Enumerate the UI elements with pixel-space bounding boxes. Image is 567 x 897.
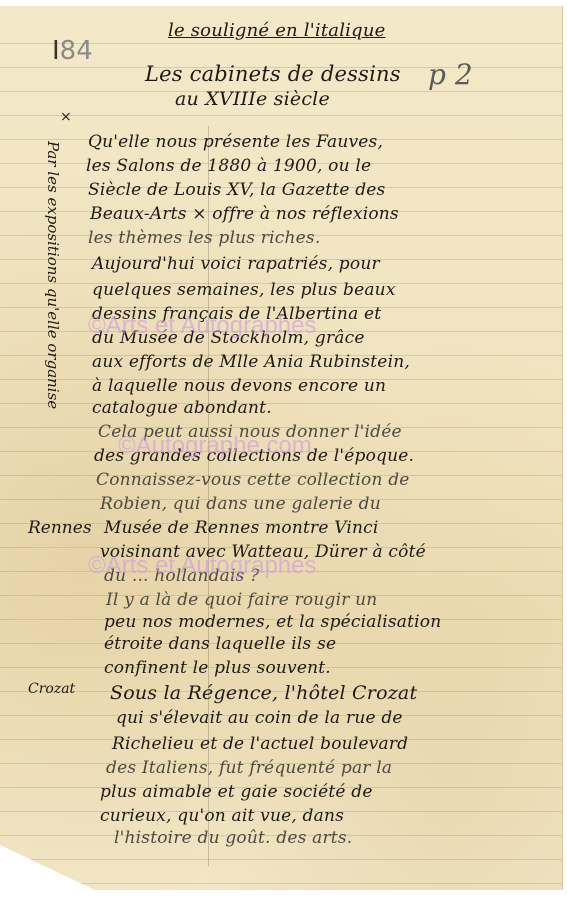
body-line: les Salons de 1880 à 1900, ou le bbox=[86, 156, 371, 176]
margin-note-vertical: Par les expositions qu'elle organise bbox=[44, 141, 62, 409]
body-line: Sous la Régence, l'hôtel Crozat bbox=[110, 682, 417, 704]
insertion-cross-icon: × bbox=[60, 109, 72, 125]
body-line: curieux, qu'on ait vue, dans bbox=[100, 806, 344, 826]
body-line: Richelieu et de l'actuel boulevard bbox=[112, 734, 408, 754]
reference-ink: I bbox=[52, 36, 60, 66]
margin-note-crozat: Crozat bbox=[28, 681, 75, 697]
body-line: Musée de Rennes montre Vinci bbox=[104, 518, 379, 538]
reference-mark: I84 bbox=[52, 36, 93, 66]
torn-corner bbox=[0, 845, 95, 890]
body-line: peu nos modernes, et la spécialisation bbox=[104, 612, 441, 632]
body-line: confinent le plus souvent. bbox=[104, 658, 331, 678]
body-line: Qu'elle nous présente les Fauves, bbox=[88, 132, 383, 152]
body-line: l'histoire du goût. des arts. bbox=[114, 828, 352, 848]
margin-note-rennes: Rennes bbox=[28, 518, 92, 538]
title-line-2: au XVIIIe siècle bbox=[175, 88, 330, 110]
watermark: ©Autographe.com bbox=[118, 432, 312, 460]
body-line: Aujourd'hui voici rapatriés, pour bbox=[92, 254, 380, 274]
body-line: aux efforts de Mlle Ania Rubinstein, bbox=[92, 352, 410, 372]
reference-pencil: 84 bbox=[60, 36, 93, 66]
body-line: plus aimable et gaie société de bbox=[100, 782, 373, 802]
watermark: ©Arts et Autographes bbox=[88, 312, 316, 340]
watermark: ©Arts et Autographes bbox=[88, 552, 316, 580]
instruction-header: le souligné en l'italique bbox=[168, 20, 385, 41]
body-line: Connaissez-vous cette collection de bbox=[96, 470, 410, 490]
body-line: Robien, qui dans une galerie du bbox=[100, 494, 381, 514]
body-line: Beaux-Arts × offre à nos réflexions bbox=[90, 204, 399, 224]
body-line: à laquelle nous devons encore un bbox=[92, 376, 386, 396]
body-line: Il y a là de quoi faire rougir un bbox=[106, 590, 377, 610]
body-line: des Italiens, fut fréquenté par la bbox=[106, 758, 392, 778]
body-line: qui s'élevait au coin de la rue de bbox=[116, 708, 403, 728]
title-line-1: Les cabinets de dessins bbox=[145, 62, 401, 86]
body-line: les thèmes les plus riches. bbox=[88, 228, 320, 248]
body-line: quelques semaines, les plus beaux bbox=[92, 280, 396, 300]
body-line: étroite dans laquelle ils se bbox=[104, 634, 336, 654]
body-line: catalogue abondant. bbox=[92, 398, 272, 418]
page-number: p 2 bbox=[428, 58, 473, 91]
body-line: Siècle de Louis XV, la Gazette des bbox=[88, 180, 385, 200]
